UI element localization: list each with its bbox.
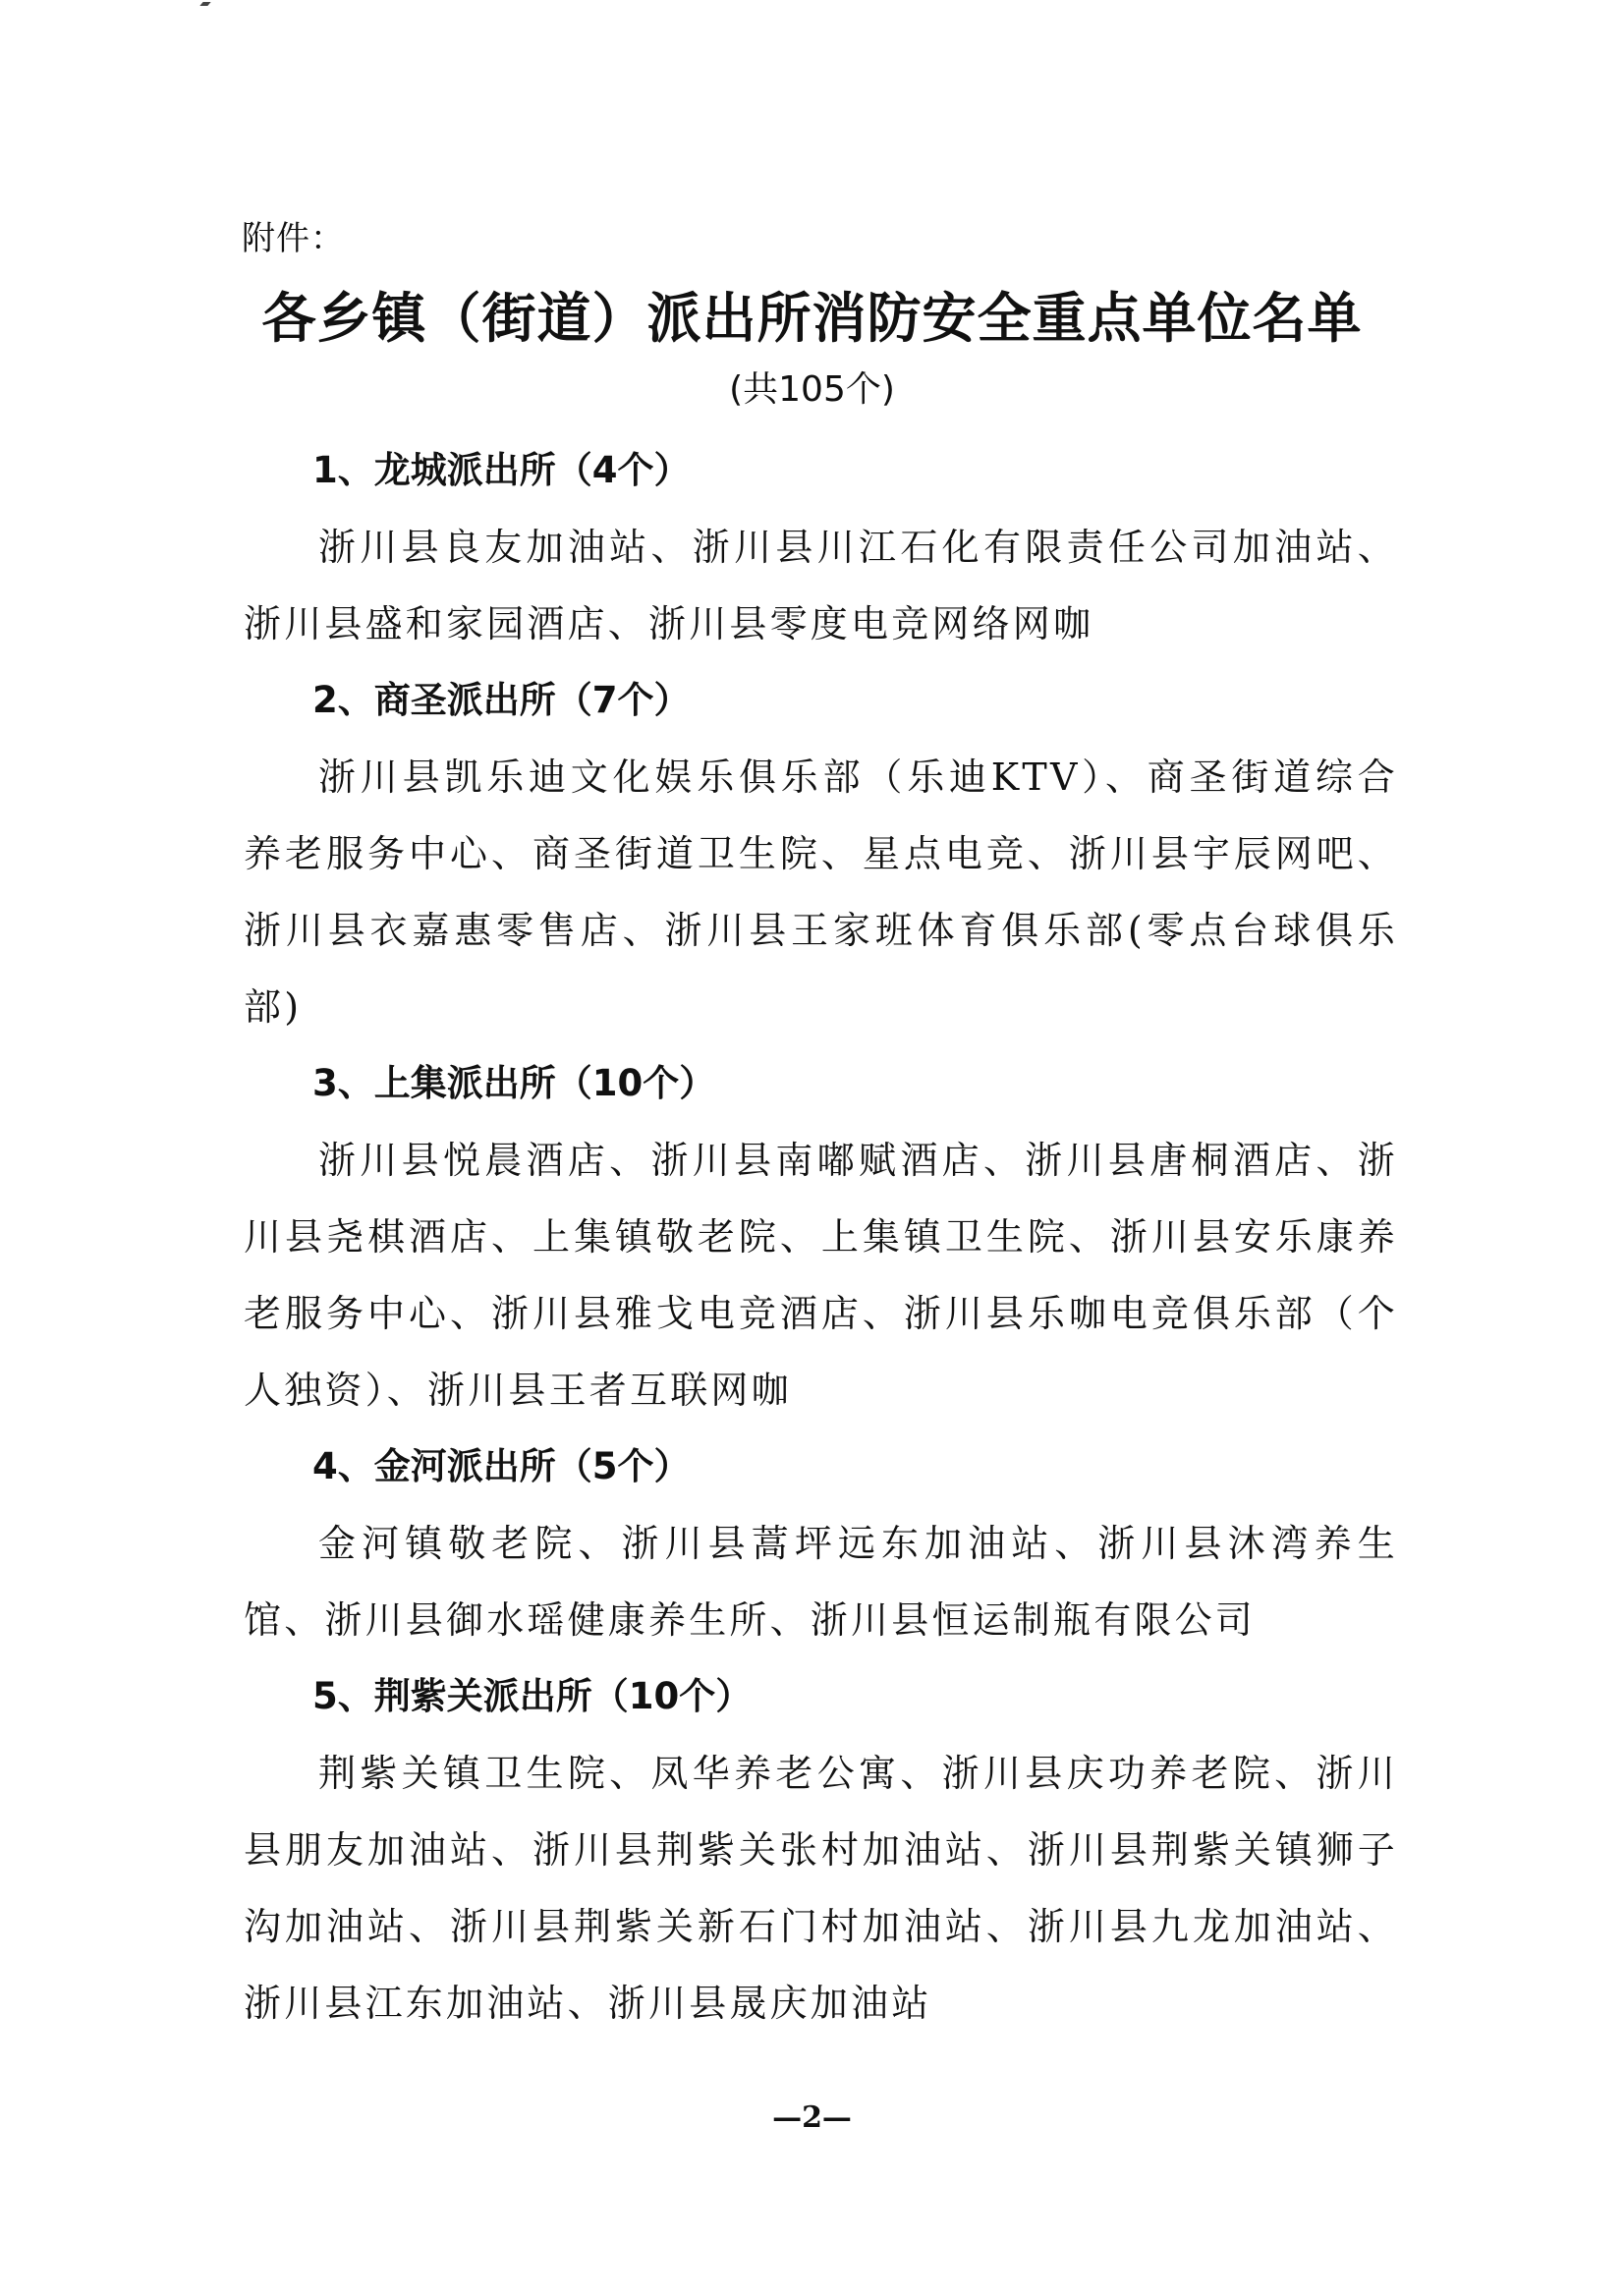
page-number: —2— <box>0 2100 1624 2135</box>
section-longcheng: 1、龙城派出所（4个） 浙川县良友加油站、浙川县川江石化有限责任公司加油站、浙川… <box>244 432 1398 662</box>
attachment-label: 附件： <box>242 211 345 259</box>
section-heading: 3、上集派出所（10个） <box>244 1045 1398 1122</box>
section-shangji: 3、上集派出所（10个） 浙川县悦晨酒店、浙川县南嘟赋酒店、浙川县唐桐酒店、浙川… <box>244 1045 1398 1428</box>
document-page: 附件： 各乡镇（街道）派出所消防安全重点单位名单 (共105个) 1、龙城派出所… <box>0 0 1624 2295</box>
section-heading: 5、荆紫关派出所（10个） <box>244 1658 1398 1735</box>
section-jingziguan: 5、荆紫关派出所（10个） 荆紫关镇卫生院、凤华养老公寓、浙川县庆功养老院、浙川… <box>244 1658 1398 2042</box>
section-units: 浙川县凯乐迪文化娱乐俱乐部（乐迪KTV）、商圣街道综合养老服务中心、商圣街道卫生… <box>244 739 1398 1045</box>
section-units: 浙川县良友加油站、浙川县川江石化有限责任公司加油站、浙川县盛和家园酒店、浙川县零… <box>244 509 1398 662</box>
section-heading: 4、金河派出所（5个） <box>244 1428 1398 1505</box>
section-shangsheng: 2、商圣派出所（7个） 浙川县凯乐迪文化娱乐俱乐部（乐迪KTV）、商圣街道综合养… <box>244 662 1398 1045</box>
section-jinhe: 4、金河派出所（5个） 金河镇敬老院、浙川县蒿坪远东加油站、浙川县沐湾养生馆、浙… <box>244 1428 1398 1658</box>
document-title: 各乡镇（街道）派出所消防安全重点单位名单 <box>0 275 1624 353</box>
section-heading: 1、龙城派出所（4个） <box>244 432 1398 509</box>
section-units: 浙川县悦晨酒店、浙川县南嘟赋酒店、浙川县唐桐酒店、浙川县尧棋酒店、上集镇敬老院、… <box>244 1122 1398 1428</box>
section-heading: 2、商圣派出所（7个） <box>244 662 1398 739</box>
section-units: 金河镇敬老院、浙川县蒿坪远东加油站、浙川县沐湾养生馆、浙川县御水瑶健康养生所、浙… <box>244 1505 1398 1658</box>
document-subtitle: (共105个) <box>0 362 1624 412</box>
scan-mark <box>199 2 210 6</box>
section-list: 1、龙城派出所（4个） 浙川县良友加油站、浙川县川江石化有限责任公司加油站、浙川… <box>244 432 1398 2042</box>
section-units: 荆紫关镇卫生院、凤华养老公寓、浙川县庆功养老院、浙川县朋友加油站、浙川县荆紫关张… <box>244 1735 1398 2042</box>
